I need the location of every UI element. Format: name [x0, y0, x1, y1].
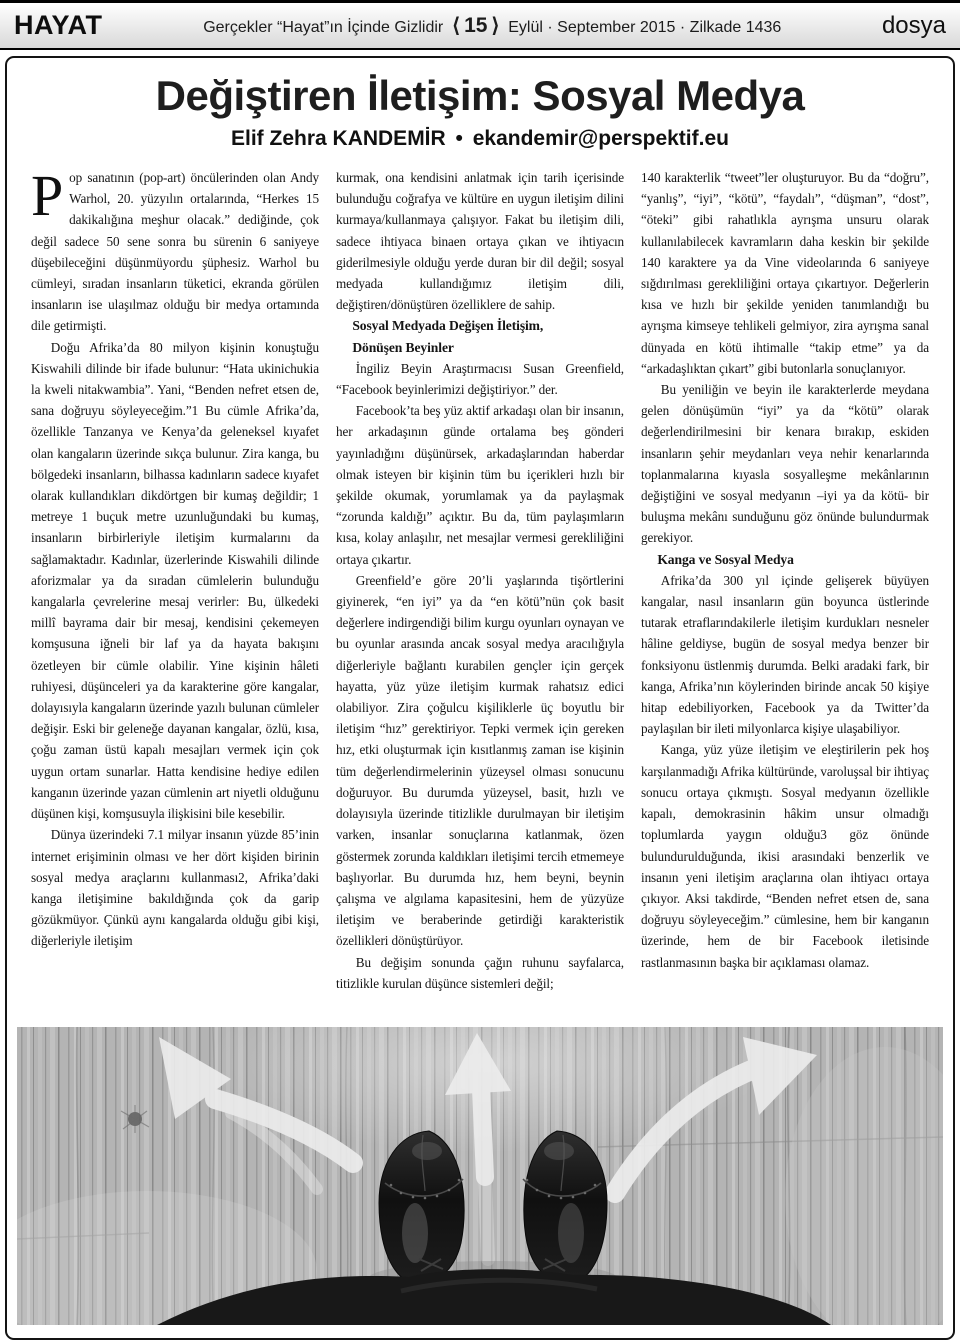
issue-left-bracket: ⟨ — [452, 13, 460, 38]
article-frame: Değiştiren İletişim: Sosyal Medya Elif Z… — [5, 56, 955, 1340]
header-tagline: Gerçekler “Hayat”ın İçinde Gizlidir — [203, 19, 443, 37]
shoes-arrows-photo — [17, 1027, 943, 1325]
subheading-kanga-ve-sosyal-medya: Kanga ve Sosyal Medya — [641, 549, 929, 570]
page-header: HAYAT Gerçekler “Hayat”ın İçinde Gizlidi… — [0, 0, 960, 50]
paragraph: Dünya üzerindeki 7.1 milyar insanın yüzd… — [31, 824, 319, 951]
byline: Elif Zehra KANDEMİR • ekandemir@perspekt… — [31, 127, 929, 151]
shoes-arrows-illustration — [17, 1027, 943, 1325]
paragraph: Bu yeniliğin ve beyin ile karakterlerde … — [641, 379, 929, 549]
paragraph: 140 karakterlik “tweet”ler oluşturuyor. … — [641, 167, 929, 379]
article-title: Değiştiren İletişim: Sosyal Medya — [31, 72, 929, 120]
paragraph: Bu değişim sonunda çağın ruhunu sayfalar… — [336, 952, 624, 994]
issue-right-bracket: ⟩ — [491, 13, 499, 38]
column-1: Pop sanatının (pop-art) öncülerinden ola… — [31, 167, 319, 1015]
column-2: kurmak, ona kendisini anlatmak için tari… — [336, 167, 624, 1015]
header-dateline: Eylül · September 2015 · Zilkade 1436 — [508, 19, 781, 37]
issue-number-badge: ⟨ 15 ⟩ — [452, 13, 499, 38]
author-name: Elif Zehra KANDEMİR — [231, 127, 446, 150]
paragraph: Facebook’ta beş yüz aktif arkadaşı olan … — [336, 400, 624, 570]
paragraph: Greenfield’e göre 20’li yaşlarında tişör… — [336, 570, 624, 952]
subheading-line: Dönüşen Beyinler — [352, 337, 624, 358]
right-shoe — [523, 1131, 607, 1283]
dropcap-letter: P — [31, 167, 69, 221]
author-email: ekandemir@perspektif.eu — [473, 127, 729, 150]
paragraph: Doğu Afrika’da 80 milyon kişinin konuştu… — [31, 337, 319, 825]
paragraph: İngiliz Beyin Araştırmacısı Susan Greenf… — [336, 358, 624, 400]
paragraph: Afrika’da 300 yıl içinde gelişerek büyüy… — [641, 570, 929, 740]
byline-separator: • — [452, 127, 467, 150]
paragraph: Pop sanatının (pop-art) öncülerinden ola… — [31, 167, 319, 337]
issue-number: 15 — [464, 14, 487, 38]
left-shoe — [379, 1131, 464, 1283]
subheading-line: Sosyal Medyada Değişen İletişim, — [352, 315, 624, 336]
header-center: Gerçekler “Hayat”ın İçinde Gizlidir ⟨ 15… — [103, 13, 882, 38]
article-columns: Pop sanatının (pop-art) öncülerinden ola… — [31, 167, 929, 1015]
magazine-brand: HAYAT — [14, 10, 103, 41]
paragraph: Kanga, yüz yüze iletişim ve eleştirileri… — [641, 739, 929, 972]
paragraph-text: op sanatının (pop-art) öncülerinden olan… — [31, 170, 319, 333]
section-label: dosya — [882, 12, 946, 40]
subheading-degisen-iletisim: Sosyal Medyada Değişen İletişim, Dönüşen… — [336, 315, 624, 357]
column-3: 140 karakterlik “tweet”ler oluşturuyor. … — [641, 167, 929, 1015]
paragraph: kurmak, ona kendisini anlatmak için tari… — [336, 167, 624, 315]
